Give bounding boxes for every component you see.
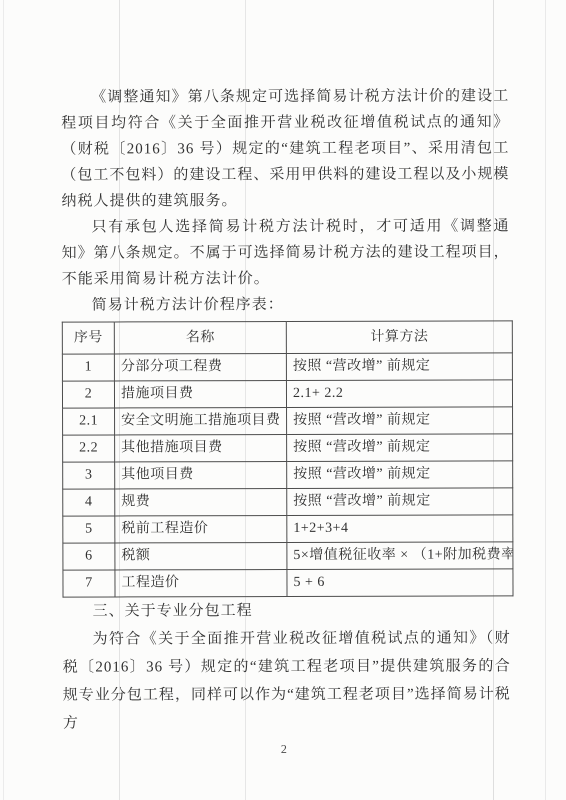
table-row: 2.2 其他措施项目费 按照 “营改增” 前规定 xyxy=(63,434,513,462)
cell-name: 其他措施项目费 xyxy=(115,434,287,461)
cell-name: 措施项目费 xyxy=(114,380,286,407)
column-header-name: 名称 xyxy=(114,321,286,353)
table-row: 4 规费 按照 “营改增” 前规定 xyxy=(63,488,513,516)
cell-no: 1 xyxy=(62,354,114,381)
cell-name: 其他项目费 xyxy=(115,461,287,488)
cell-method: 按照 “营改增” 前规定 xyxy=(287,407,513,435)
cell-no: 5 xyxy=(63,516,115,543)
table-row: 5 税前工程造价 1+2+3+4 xyxy=(63,515,513,543)
document-page: 《调整通知》第八条规定可选择简易计税方法计价的建设工程项目均符合《关于全面推开营… xyxy=(0,0,566,800)
cell-no: 2.1 xyxy=(63,408,115,435)
table-row: 6 税额 5×增值税征收率 × （1+附加税费率） xyxy=(63,542,513,570)
column-header-method: 计算方法 xyxy=(286,321,512,354)
cell-no: 2 xyxy=(62,381,114,408)
table-row: 2 措施项目费 2.1+ 2.2 xyxy=(62,380,512,408)
cell-name: 税前工程造价 xyxy=(115,515,287,542)
cell-method: 5×增值税征收率 × （1+附加税费率） xyxy=(287,542,513,570)
cell-method: 2.1+ 2.2 xyxy=(286,380,512,408)
table-header-row: 序号 名称 计算方法 xyxy=(62,321,512,354)
cell-method: 按照 “营改增” 前规定 xyxy=(287,434,513,462)
paragraph-simple-tax-scope: 《调整通知》第八条规定可选择简易计税方法计价的建设工程项目均符合《关于全面推开营… xyxy=(61,83,509,214)
cell-no: 4 xyxy=(63,489,115,516)
cell-name: 税额 xyxy=(115,542,287,569)
table-row: 3 其他项目费 按照 “营改增” 前规定 xyxy=(63,461,513,489)
cell-no: 7 xyxy=(63,570,115,597)
column-header-no: 序号 xyxy=(62,322,114,354)
cell-name: 规费 xyxy=(115,488,287,515)
table-row: 1 分部分项工程费 按照 “营改增” 前规定 xyxy=(62,353,512,381)
cell-name: 工程造价 xyxy=(115,569,287,596)
section-heading-subcontract: 三、关于专业分包工程 xyxy=(63,596,511,625)
cell-no: 6 xyxy=(63,543,115,570)
cell-no: 2.2 xyxy=(63,435,115,462)
cell-method: 按照 “营改增” 前规定 xyxy=(286,353,512,381)
pricing-procedure-table: 序号 名称 计算方法 1 分部分项工程费 按照 “营改增” 前规定 2 措施项目… xyxy=(62,320,514,597)
paragraph-contractor-condition: 只有承包人选择简易计税方法计税时，才可适用《调整通知》第八条规定。不属于可选择简… xyxy=(62,213,510,292)
page-number: 2 xyxy=(1,741,566,757)
cell-method: 按照 “营改增” 前规定 xyxy=(287,461,513,489)
table-row: 2.1 安全文明施工措施项目费 按照 “营改增” 前规定 xyxy=(63,407,513,435)
document-body: 《调整通知》第八条规定可选择简易计税方法计价的建设工程项目均符合《关于全面推开营… xyxy=(61,83,511,737)
table-caption: 简易计税方法计价程序表： xyxy=(62,291,510,318)
cell-name: 分部分项工程费 xyxy=(114,353,286,380)
table-row: 7 工程造价 5 + 6 xyxy=(63,569,513,597)
paragraph-subcontract: 为符合《关于全面推开营业税改征增值税试点的通知》（财税〔2016〕36 号）规定… xyxy=(63,624,511,737)
cell-method: 5 + 6 xyxy=(287,569,513,597)
cell-method: 1+2+3+4 xyxy=(287,515,513,543)
cell-name: 安全文明施工措施项目费 xyxy=(115,407,287,434)
cell-method: 按照 “营改增” 前规定 xyxy=(287,488,513,516)
cell-no: 3 xyxy=(63,462,115,489)
